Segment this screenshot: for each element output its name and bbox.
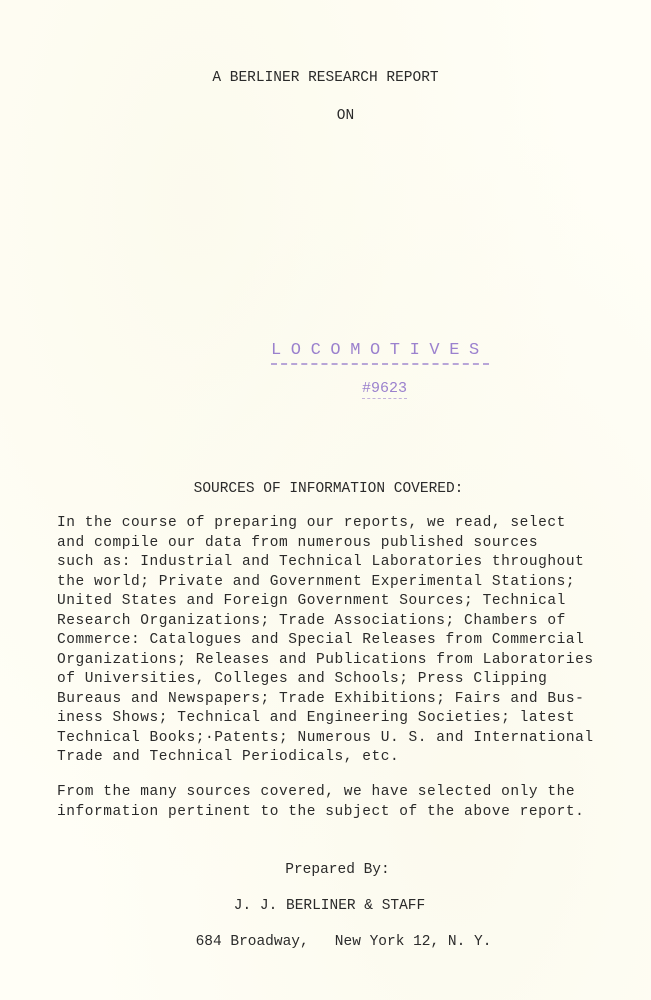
report-title-stamp: LOCOMOTIVES bbox=[271, 341, 489, 365]
paragraph-line: iness Shows; Technical and Engineering S… bbox=[57, 709, 627, 729]
paragraph-line: the world; Private and Government Experi… bbox=[57, 573, 627, 593]
report-number-stamp: #9623 bbox=[362, 380, 407, 399]
document-page: A BERLINER RESEARCH REPORT ON LOCOMOTIVE… bbox=[0, 0, 651, 1000]
paragraph-line: and compile our data from numerous publi… bbox=[57, 534, 627, 554]
sources-paragraph: In the course of preparing our reports, … bbox=[57, 514, 627, 768]
report-on-label: ON bbox=[20, 108, 651, 124]
section-heading: SOURCES OF INFORMATION COVERED: bbox=[3, 481, 651, 497]
author-address: 684 Broadway, New York 12, N. Y. bbox=[18, 934, 651, 950]
paragraph-line: Technical Books;·Patents; Numerous U. S.… bbox=[57, 729, 627, 749]
paragraph-line: Trade and Technical Periodicals, etc. bbox=[57, 748, 627, 768]
author-name: J. J. BERLINER & STAFF bbox=[4, 898, 651, 914]
paragraph-line: information pertinent to the subject of … bbox=[57, 803, 627, 823]
paragraph-line: of Universities, Colleges and Schools; P… bbox=[57, 670, 627, 690]
prepared-by-label: Prepared By: bbox=[12, 862, 651, 878]
paragraph-line: From the many sources covered, we have s… bbox=[57, 783, 627, 803]
paragraph-line: such as: Industrial and Technical Labora… bbox=[57, 553, 627, 573]
paragraph-line: In the course of preparing our reports, … bbox=[57, 514, 627, 534]
paragraph-line: Organizations; Releases and Publications… bbox=[57, 651, 627, 671]
report-heading: A BERLINER RESEARCH REPORT bbox=[0, 70, 651, 86]
paragraph-line: Research Organizations; Trade Associatio… bbox=[57, 612, 627, 632]
selection-paragraph: From the many sources covered, we have s… bbox=[57, 783, 627, 822]
paragraph-line: United States and Foreign Government Sou… bbox=[57, 592, 627, 612]
paragraph-line: Bureaus and Newspapers; Trade Exhibition… bbox=[57, 690, 627, 710]
paragraph-line: Commerce: Catalogues and Special Release… bbox=[57, 631, 627, 651]
